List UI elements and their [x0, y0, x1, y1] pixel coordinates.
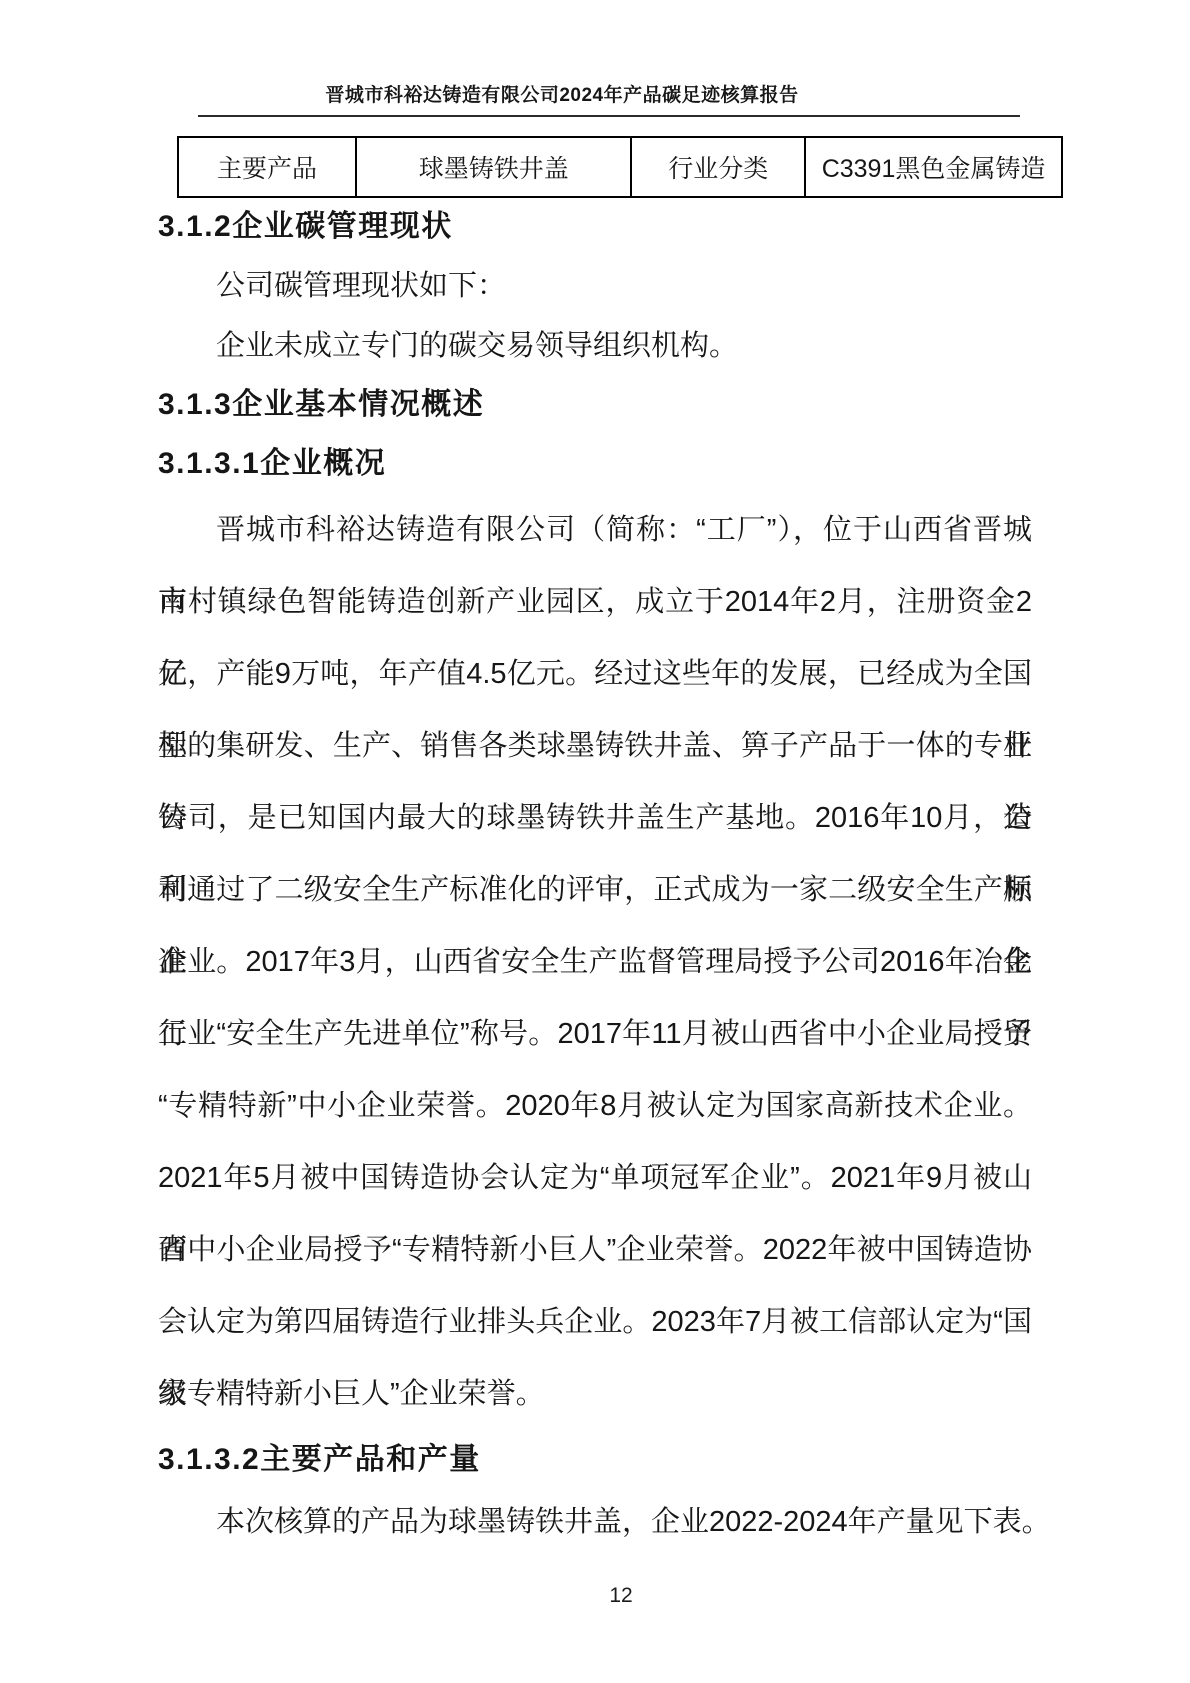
table-cell-main-product-value: 球墨铸铁井盖: [356, 137, 631, 197]
paragraph-line: 2021年5月被中国铸造协会认定为“单项冠军企业”。2021年9月被山西: [158, 1142, 1032, 1214]
section-heading-3-1-3: 3.1.3企业基本情况概述: [158, 376, 1032, 434]
paragraph-line: 公司，是已知国内最大的球墨铸铁井盖生产基地。2016年10月，公司顺: [158, 782, 1032, 854]
company-overview-paragraph: 晋城市科裕达铸造有限公司（简称：“工厂”），位于山西省晋城市 南村镇绿色智能铸造…: [158, 494, 1032, 1430]
paragraph-product-output-intro: 本次核算的产品为球墨铸铁井盖，企业2022-2024年产量见下表。: [158, 1490, 1032, 1554]
paragraph-line: 企业。2017年3月，山西省安全生产监督管理局授予公司2016年冶金工贸: [158, 926, 1032, 998]
paragraph-carbon-status-detail: 企业未成立专门的碳交易领导组织机构。: [158, 316, 1032, 376]
product-info-table: 主要产品 球墨铸铁井盖 行业分类 C3391黑色金属铸造: [177, 136, 1063, 198]
table-cell-industry-label: 行业分类: [631, 137, 805, 197]
paragraph-line: 元，产能9万吨，年产值4.5亿元。经过这些年的发展，已经成为全国标杆: [158, 638, 1032, 710]
document-page: 晋城市科裕达铸造有限公司2024年产品碳足迹核算报告 主要产品 球墨铸铁井盖 行…: [0, 0, 1190, 1683]
paragraph-line: 行业“安全生产先进单位”称号。2017年11月被山西省中小企业局授予: [158, 998, 1032, 1070]
paragraph-line: 会认定为第四届铸造行业排头兵企业。2023年7月被工信部认定为“国家: [158, 1286, 1032, 1358]
paragraph-line: 型的集研发、生产、销售各类球墨铸铁井盖、箅子产品于一体的专业铸造: [158, 710, 1032, 782]
section-heading-3-1-3-1: 3.1.3.1企业概况: [158, 434, 1032, 494]
table-cell-main-product-label: 主要产品: [178, 137, 356, 197]
table-row: 主要产品 球墨铸铁井盖 行业分类 C3391黑色金属铸造: [178, 137, 1062, 197]
paragraph-line: 利通过了二级安全生产标准化的评审，正式成为一家二级安全生产标准化: [158, 854, 1032, 926]
table-cell-industry-value: C3391黑色金属铸造: [805, 137, 1062, 197]
header-divider-line: [198, 115, 1020, 117]
paragraph-carbon-status-intro: 公司碳管理现状如下：: [158, 256, 1032, 316]
paragraph-line: 南村镇绿色智能铸造创新产业园区，成立于2014年2月，注册资金2亿: [158, 566, 1032, 638]
paragraph-line: 晋城市科裕达铸造有限公司（简称：“工厂”），位于山西省晋城市: [158, 494, 1032, 566]
report-header-title: 晋城市科裕达铸造有限公司2024年产品碳足迹核算报告: [125, 83, 999, 109]
paragraph-line: 级专精特新小巨人”企业荣誉。: [158, 1358, 1032, 1430]
page-number: 12: [184, 1582, 1058, 1610]
section-heading-3-1-3-2: 3.1.3.2主要产品和产量: [158, 1430, 1032, 1490]
section-heading-3-1-2: 3.1.2企业碳管理现状: [158, 198, 1032, 256]
paragraph-line: “专精特新”中小企业荣誉。2020年8月被认定为国家高新技术企业。: [158, 1070, 1032, 1142]
paragraph-line: 省中小企业局授予“专精特新小巨人”企业荣誉。2022年被中国铸造协: [158, 1214, 1032, 1286]
